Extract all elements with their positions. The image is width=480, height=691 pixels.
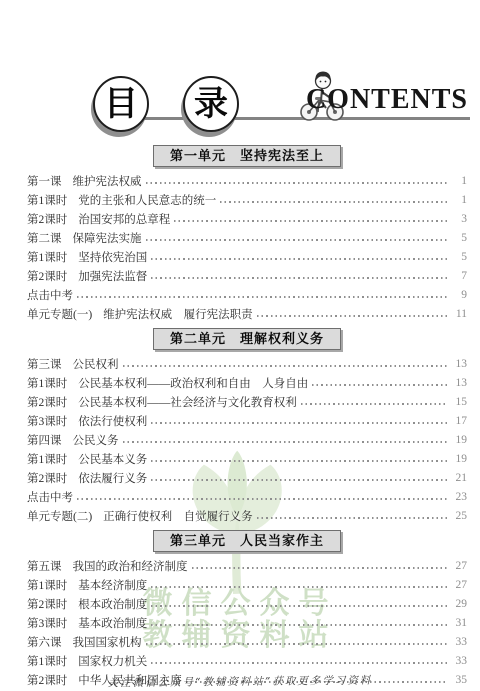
row-title: 我国的政治和经济制度 bbox=[73, 558, 188, 574]
page-number: 13 bbox=[451, 377, 467, 389]
dotted-leader bbox=[301, 403, 447, 405]
page-number: 15 bbox=[451, 396, 467, 408]
page-number: 5 bbox=[451, 232, 467, 244]
row-label: 第2课时 bbox=[27, 268, 67, 284]
toc-row: 第1课时 党的主张和人民意志的统一 1 bbox=[27, 190, 467, 209]
row-label: 第2课时 bbox=[27, 394, 67, 410]
page-number: 7 bbox=[451, 270, 467, 282]
toc-row: 单元专题(一) 维护宪法权威 履行宪法职责 11 bbox=[27, 304, 467, 323]
toc-row: 单元专题(二) 正确行使权利 自觉履行义务 25 bbox=[27, 506, 467, 525]
row-title: 坚持依宪治国 bbox=[78, 249, 147, 265]
dotted-leader bbox=[151, 479, 447, 481]
row-title: 国家权力机关 bbox=[78, 653, 147, 669]
toc-row: 第2课时 依法履行义务 21 bbox=[27, 468, 467, 487]
row-label: 点击中考 bbox=[27, 287, 73, 303]
row-title: 公民权利 bbox=[73, 356, 119, 372]
row-title: 公民基本义务 bbox=[78, 451, 147, 467]
row-label: 第三课 bbox=[27, 356, 62, 372]
page-number: 33 bbox=[451, 655, 467, 667]
dotted-leader bbox=[123, 441, 448, 443]
row-label: 第1课时 bbox=[27, 577, 67, 593]
dotted-leader bbox=[151, 460, 447, 462]
page-number: 27 bbox=[451, 579, 467, 591]
row-label: 单元专题(二) bbox=[27, 508, 92, 524]
unit-header-3: 第三单元 人民当家作主 bbox=[153, 530, 341, 552]
dotted-leader bbox=[312, 384, 447, 386]
toc-row: 第三课 公民权利 13 bbox=[27, 354, 467, 373]
page-number: 3 bbox=[451, 213, 467, 225]
page-number: 33 bbox=[451, 636, 467, 648]
contents-title: CONTENTS bbox=[306, 84, 468, 116]
toc-row: 第3课时 依法行使权利 17 bbox=[27, 411, 467, 430]
row-label: 第2课时 bbox=[27, 211, 67, 227]
dotted-leader bbox=[151, 605, 447, 607]
toc-row: 第五课 我国的政治和经济制度 27 bbox=[27, 556, 467, 575]
toc-row: 第1课时 国家权力机关 33 bbox=[27, 651, 467, 670]
row-label: 第1课时 bbox=[27, 249, 67, 265]
dotted-leader bbox=[77, 296, 447, 298]
toc-row: 第1课时 公民基本义务 19 bbox=[27, 449, 467, 468]
dotted-leader bbox=[151, 422, 447, 424]
toc-row: 第1课时 坚持依宪治国 5 bbox=[27, 247, 467, 266]
row-label: 第1课时 bbox=[27, 653, 67, 669]
page-number: 5 bbox=[451, 251, 467, 263]
page-number: 19 bbox=[451, 434, 467, 446]
toc-row: 第1课时 公民基本权利——政治权利和自由 人身自由 13 bbox=[27, 373, 467, 392]
row-title: 党的主张和人民意志的统一 bbox=[78, 192, 216, 208]
toc-row: 第2课时 根本政治制度 29 bbox=[27, 594, 467, 613]
page-number: 1 bbox=[451, 175, 467, 187]
row-label: 第3课时 bbox=[27, 615, 67, 631]
toc-row: 点击中考 23 bbox=[27, 487, 467, 506]
row-label: 第3课时 bbox=[27, 413, 67, 429]
toc-row: 第六课 我国国家机构 33 bbox=[27, 632, 467, 651]
row-title: 依法行使权利 bbox=[78, 413, 147, 429]
toc-page: 微信公众号 教辅资料站 目 录 CONTENTS 第一单元 坚持宪法至上 bbox=[0, 0, 480, 691]
row-label: 第1课时 bbox=[27, 375, 67, 391]
toc-row: 第1课时 基本经济制度 27 bbox=[27, 575, 467, 594]
row-label: 第2课时 bbox=[27, 596, 67, 612]
page-number: 23 bbox=[451, 491, 467, 503]
row-label: 第六课 bbox=[27, 634, 62, 650]
dotted-leader bbox=[146, 182, 448, 184]
page-number: 11 bbox=[451, 308, 467, 320]
row-title: 基本政治制度 bbox=[78, 615, 147, 631]
row-title: 公民基本权利——政治权利和自由 人身自由 bbox=[78, 375, 308, 391]
row-label: 第二课 bbox=[27, 230, 62, 246]
header-rule bbox=[103, 117, 470, 120]
dotted-leader bbox=[257, 315, 447, 317]
dotted-leader bbox=[77, 498, 447, 500]
title-char-1: 目 bbox=[104, 87, 138, 121]
row-label: 第1课时 bbox=[27, 451, 67, 467]
dotted-leader bbox=[257, 517, 447, 519]
row-title: 治国安邦的总章程 bbox=[78, 211, 170, 227]
row-label: 第五课 bbox=[27, 558, 62, 574]
toc-row: 第2课时 公民基本权利——社会经济与文化教育权利 15 bbox=[27, 392, 467, 411]
row-title: 我国国家机构 bbox=[73, 634, 142, 650]
page-number: 17 bbox=[451, 415, 467, 427]
toc-body: 第一单元 坚持宪法至上 第一课 维护宪法权威 1 第1课时 党的主张和人民意志的… bbox=[0, 145, 480, 689]
row-label: 第1课时 bbox=[27, 192, 67, 208]
dotted-leader bbox=[151, 662, 447, 664]
toc-row: 第2课时 治国安邦的总章程 3 bbox=[27, 209, 467, 228]
row-title: 依法履行义务 bbox=[78, 470, 147, 486]
row-title: 保障宪法实施 bbox=[73, 230, 142, 246]
title-char-2: 录 bbox=[194, 87, 228, 121]
dotted-leader bbox=[146, 239, 448, 241]
page-number: 31 bbox=[451, 617, 467, 629]
toc-row: 第2课时 加强宪法监督 7 bbox=[27, 266, 467, 285]
dotted-leader bbox=[123, 365, 448, 367]
row-label: 单元专题(一) bbox=[27, 306, 92, 322]
page-number: 21 bbox=[451, 472, 467, 484]
dotted-leader bbox=[151, 586, 447, 588]
toc-row: 第二课 保障宪法实施 5 bbox=[27, 228, 467, 247]
page-number: 25 bbox=[451, 510, 467, 522]
title-circle-mu: 目 bbox=[93, 76, 149, 132]
row-title: 维护宪法权威 履行宪法职责 bbox=[103, 306, 253, 322]
page-number: 13 bbox=[451, 358, 467, 370]
dotted-leader bbox=[146, 643, 448, 645]
row-title: 公民基本权利——社会经济与文化教育权利 bbox=[78, 394, 297, 410]
page-header: 目 录 CONTENTS bbox=[0, 0, 480, 140]
dotted-leader bbox=[151, 258, 447, 260]
row-title: 根本政治制度 bbox=[78, 596, 147, 612]
row-label: 第2课时 bbox=[27, 470, 67, 486]
row-title: 公民义务 bbox=[73, 432, 119, 448]
toc-row: 点击中考 9 bbox=[27, 285, 467, 304]
dotted-leader bbox=[151, 277, 447, 279]
dotted-leader bbox=[174, 220, 447, 222]
row-title: 正确行使权利 自觉履行义务 bbox=[103, 508, 253, 524]
page-number: 29 bbox=[451, 598, 467, 610]
row-label: 点击中考 bbox=[27, 489, 73, 505]
dotted-leader bbox=[220, 201, 447, 203]
dotted-leader bbox=[192, 567, 448, 569]
page-number: 27 bbox=[451, 560, 467, 572]
toc-row: 第一课 维护宪法权威 1 bbox=[27, 171, 467, 190]
unit-header-1: 第一单元 坚持宪法至上 bbox=[153, 145, 341, 167]
page-number: 9 bbox=[451, 289, 467, 301]
title-circle-lu: 录 bbox=[183, 76, 239, 132]
toc-row: 第四课 公民义务 19 bbox=[27, 430, 467, 449]
row-label: 第四课 bbox=[27, 432, 62, 448]
toc-row: 第3课时 基本政治制度 31 bbox=[27, 613, 467, 632]
row-title: 加强宪法监督 bbox=[78, 268, 147, 284]
page-number: 1 bbox=[451, 194, 467, 206]
page-number: 19 bbox=[451, 453, 467, 465]
dotted-leader bbox=[151, 624, 447, 626]
row-label: 第一课 bbox=[27, 173, 62, 189]
row-title: 维护宪法权威 bbox=[73, 173, 142, 189]
unit-header-2: 第二单元 理解权利义务 bbox=[153, 328, 341, 350]
row-title: 基本经济制度 bbox=[78, 577, 147, 593]
